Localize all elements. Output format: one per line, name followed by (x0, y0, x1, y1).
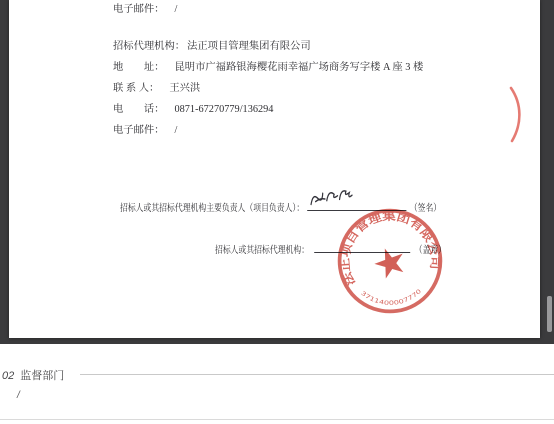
field-label: 电 话： (113, 104, 164, 115)
handwritten-signature (307, 187, 353, 207)
doc-line-contact: 联 系 人：王兴洪 (113, 82, 200, 96)
company-seal: 法正项目管理集团有限公司 3711400007770 ★ (327, 198, 453, 324)
section-number: 02 (2, 370, 14, 382)
doc-line-phone: 电 话：0871-67270779/136294 (113, 103, 273, 117)
field-label: 招标代理机构： (113, 41, 185, 52)
field-value: 王兴洪 (169, 83, 200, 94)
field-value: 法正项目管理集团有限公司 (187, 41, 311, 52)
scrollbar-thumb[interactable] (547, 296, 552, 332)
star-icon: ★ (366, 236, 414, 290)
content-below-viewer (0, 344, 554, 424)
field-value: / (174, 125, 177, 136)
stamp-row-prefix: 招标人或其招标代理机构： (215, 245, 309, 256)
field-label: 电子邮件： (113, 125, 164, 136)
signature-row-prefix: 招标人或其招标代理机构主要负责人（项目负责人）： (120, 203, 304, 214)
pdf-viewer: 电子邮件：/ 招标代理机构：法正项目管理集团有限公司 地 址：昆明市广福路银海樱… (0, 0, 554, 344)
field-value: 0871-67270779/136294 (174, 104, 273, 115)
heading-divider (80, 374, 554, 375)
field-label: 联 系 人： (113, 83, 159, 94)
field-label: 电子邮件： (113, 4, 164, 15)
field-value: / (174, 4, 177, 15)
bottom-divider (0, 419, 554, 420)
red-arc-mark (508, 86, 528, 144)
section-heading: 02监督部门 (2, 367, 64, 383)
doc-line-email: 电子邮件：/ (113, 124, 177, 138)
field-label: 地 址： (113, 62, 164, 73)
doc-line-agency: 招标代理机构：法正项目管理集团有限公司 (113, 40, 311, 54)
section-title: 监督部门 (20, 370, 64, 382)
section-value: / (17, 390, 20, 401)
doc-line-address: 地 址：昆明市广福路银海樱花雨幸福广场商务写字楼 A 座 3 楼 (113, 61, 423, 75)
pdf-page: 电子邮件：/ 招标代理机构：法正项目管理集团有限公司 地 址：昆明市广福路银海樱… (9, 0, 540, 338)
doc-line-email-top: 电子邮件：/ (113, 3, 177, 17)
field-value: 昆明市广福路银海樱花雨幸福广场商务写字楼 A 座 3 楼 (174, 62, 423, 73)
